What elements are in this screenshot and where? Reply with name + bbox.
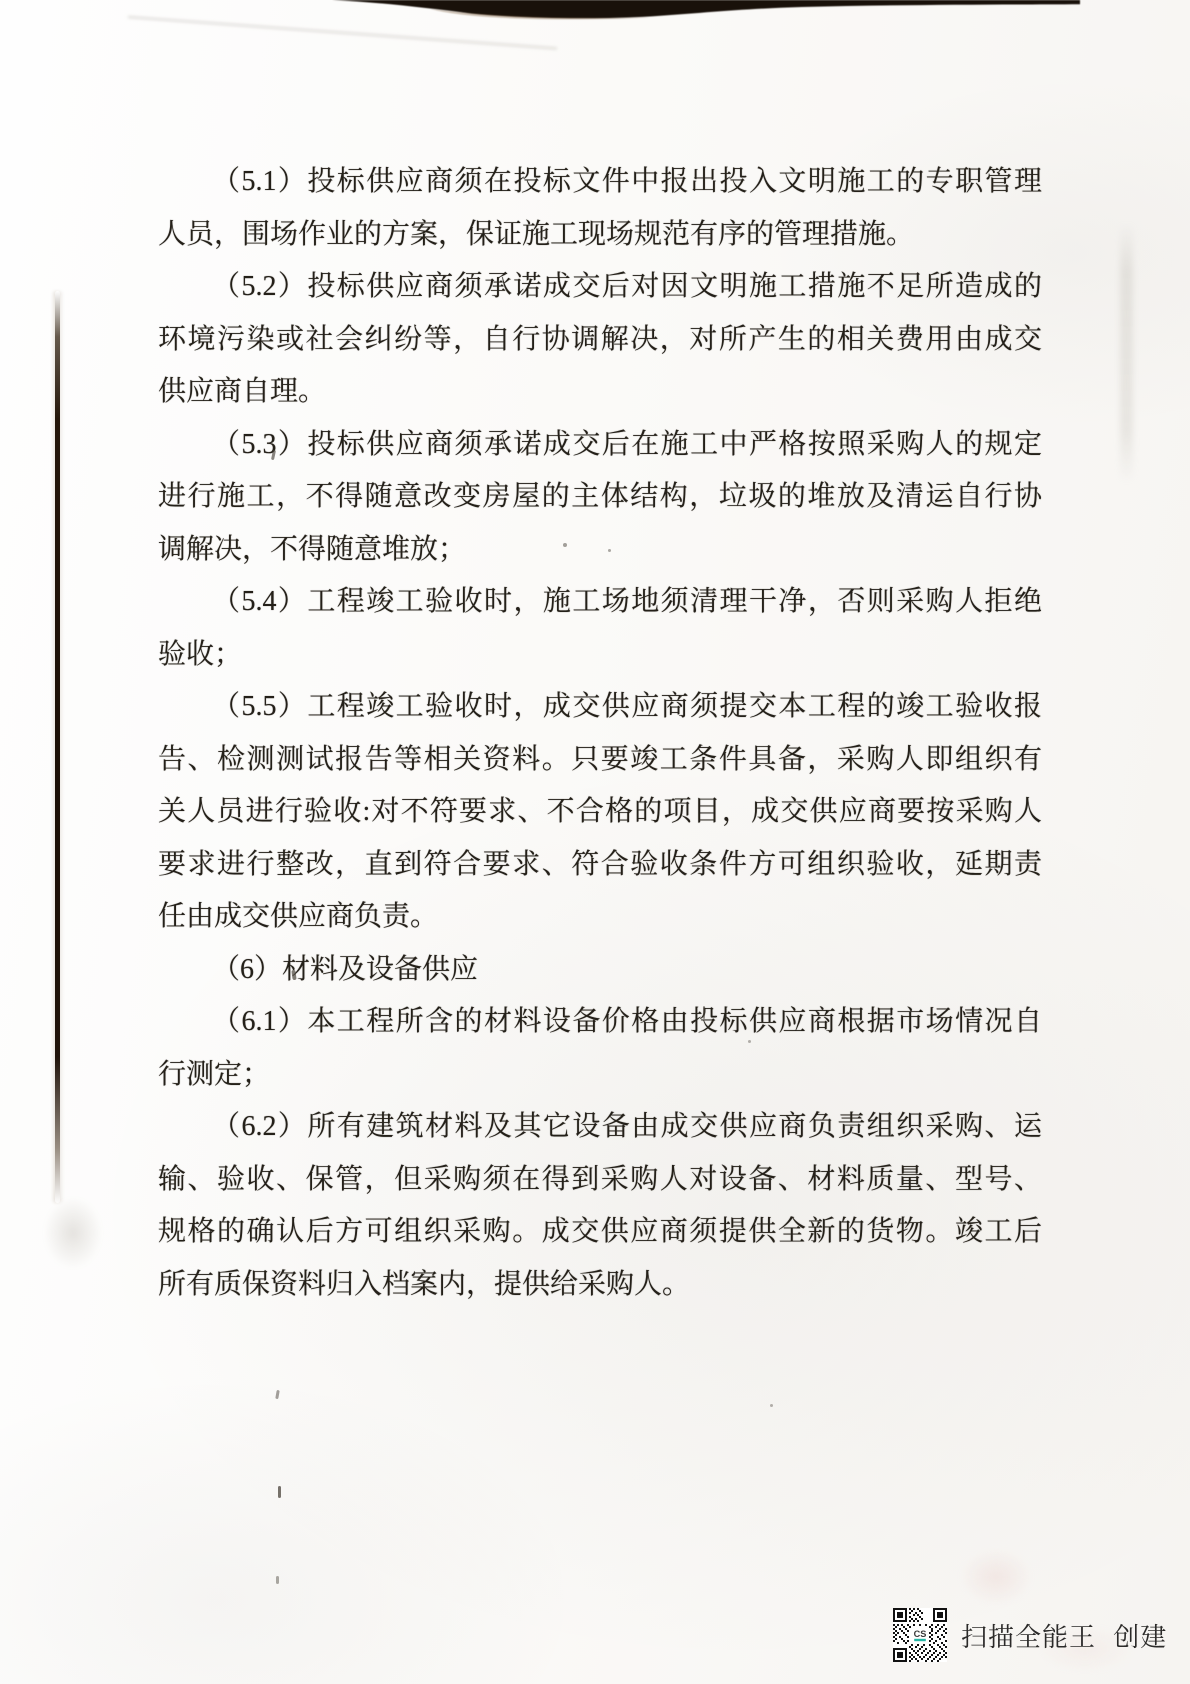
ink-speck — [275, 1390, 280, 1399]
text-line: 人员，围场作业的方案，保证施工现场规范有序的管理措施。 — [158, 209, 1042, 262]
scanner-edge-artifact — [0, 0, 1190, 26]
camscanner-watermark: CS 扫描全能王 创建 — [893, 1606, 1167, 1664]
scanned-page: （5.1）投标供应商须在投标文件中报出投入文明施工的专职管理人员，围场作业的方案… — [0, 0, 1190, 1684]
qr-cs-label: CS — [914, 1629, 927, 1639]
text-line: 环境污染或社会纠纷等，自行协调解决，对所产生的相关费用由成交 — [158, 314, 1042, 367]
text-line: 供应商自理。 — [158, 366, 1042, 419]
text-line: 行测定； — [158, 1049, 1042, 1102]
ink-speck — [608, 549, 611, 552]
text-line: 规格的确认后方可组织采购。成交供应商须提供全新的货物。竣工后 — [158, 1206, 1042, 1259]
document-text: （5.1）投标供应商须在投标文件中报出投入文明施工的专职管理人员，围场作业的方案… — [158, 156, 1042, 1311]
qr-code-icon: CS — [893, 1608, 947, 1662]
text-line: 调解决，不得随意堆放； — [158, 524, 1042, 577]
text-line: （5.5）工程竣工验收时，成交供应商须提交本工程的竣工验收报 — [158, 681, 1042, 734]
binding-shadow-line — [55, 291, 60, 1203]
binding-smudge — [34, 1185, 112, 1281]
text-line: 进行施工，不得随意改变房屋的主体结构，垃圾的堆放及清运自行协 — [158, 471, 1042, 524]
text-line: （6.2）所有建筑材料及其它设备由成交供应商负责组织采购、运 — [158, 1101, 1042, 1154]
ink-speck — [563, 543, 567, 547]
text-line: （5.2）投标供应商须承诺成交后对因文明施工措施不足所造成的 — [158, 261, 1042, 314]
ink-speck — [278, 1486, 281, 1498]
text-line: （5.4）工程竣工验收时，施工场地须清理干净，否则采购人拒绝 — [158, 576, 1042, 629]
text-line: （5.1）投标供应商须在投标文件中报出投入文明施工的专职管理 — [158, 156, 1042, 209]
ink-speck — [770, 1404, 773, 1407]
text-line: 所有质保资料归入档案内，提供给采购人。 — [158, 1259, 1042, 1312]
ink-speck — [748, 1040, 751, 1043]
text-line: （5.3）投标供应商须承诺成交后在施工中严格按照采购人的规定 — [158, 419, 1042, 472]
text-line: （6.1）本工程所含的材料设备价格由投标供应商根据市场情况自 — [158, 996, 1042, 1049]
scan-streak — [1120, 224, 1133, 482]
text-line: 任由成交供应商负责。 — [158, 891, 1042, 944]
text-line: 验收； — [158, 629, 1042, 682]
text-line: 告、检测测试报告等相关资料。只要竣工条件具备，采购人即组织有 — [158, 734, 1042, 787]
ink-speck — [276, 1576, 279, 1584]
text-line: （6）材料及设备供应 — [158, 944, 1042, 997]
scan-smudge — [948, 1540, 1044, 1614]
text-line: 要求进行整改，直到符合要求、符合验收条件方可组织验收，延期责 — [158, 839, 1042, 892]
text-line: 输、验收、保管，但采购须在得到采购人对设备、材料质量、型号、 — [158, 1154, 1042, 1207]
text-line: 关人员进行验收:对不符要求、不合格的项目，成交供应商要按采购人 — [158, 786, 1042, 839]
ink-speck — [703, 1006, 705, 1019]
watermark-text: 扫描全能王 创建 — [961, 1617, 1167, 1654]
